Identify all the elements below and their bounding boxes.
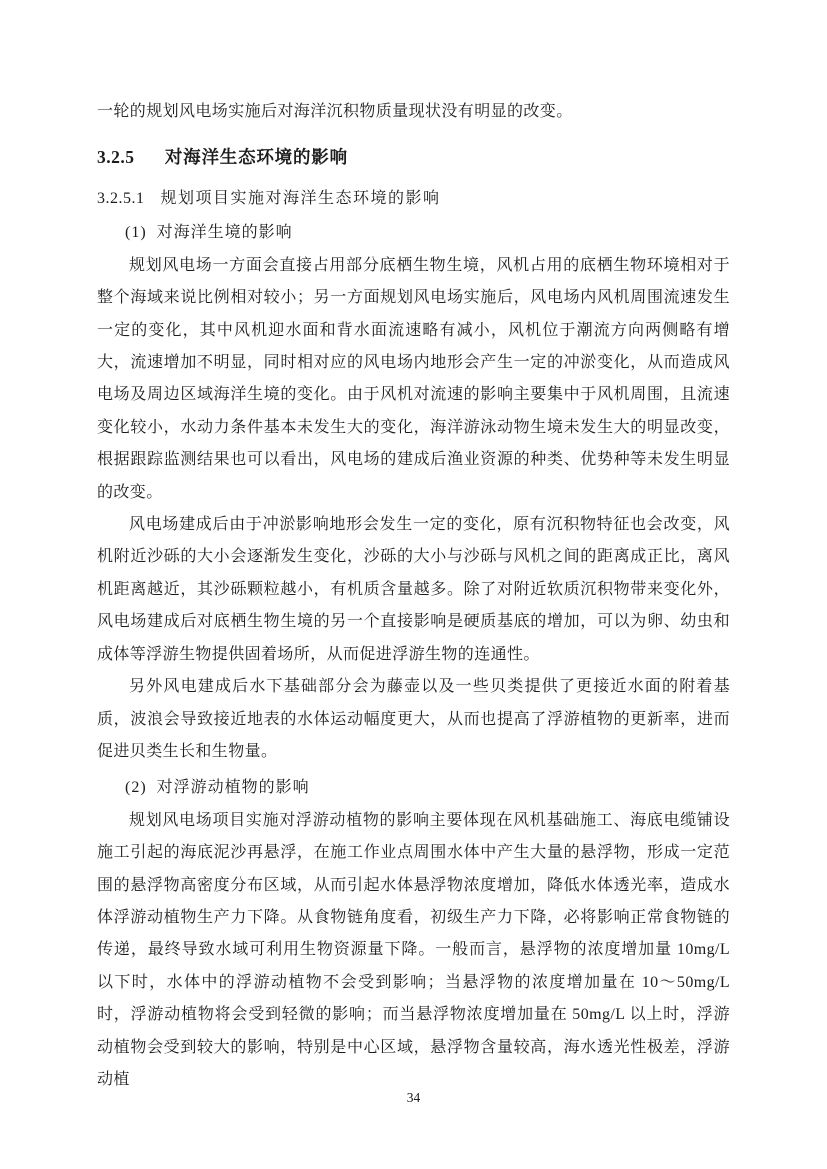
paragraph-4: 规划风电场项目实施对浮游动植物的影响主要体现在风机基础施工、海底电缆铺设施工引起… <box>97 805 730 1097</box>
page-number: 34 <box>407 1090 421 1106</box>
document-page: 一轮的规划风电场实施后对海洋沉积物质量现状没有明显的改变。 3.2.5 对海洋生… <box>0 0 827 1169</box>
paragraph-3: 另外风电建成后水下基础部分会为藤壶以及一些贝类提供了更接近水面的附着基质，波浪会… <box>97 671 730 768</box>
section-title: 对海洋生态环境的影响 <box>165 147 348 167</box>
section-number: 3.2.5 <box>97 147 135 167</box>
paragraph-continuation: 一轮的规划风电场实施后对海洋沉积物质量现状没有明显的改变。 <box>97 96 730 128</box>
list-item-2-label: (2) <box>125 779 147 796</box>
paragraph-1: 规划风电场一方面会直接占用部分底栖生物生境，风机占用的底栖生物环境相对于整个海域… <box>97 250 730 509</box>
list-item-2-title: 对浮游动植物的影响 <box>157 779 310 796</box>
list-item-1: (1)对海洋生境的影响 <box>97 217 730 249</box>
list-item-1-title: 对海洋生境的影响 <box>157 224 293 241</box>
paragraph-2: 风电场建成后由于冲淤影响地形会发生一定的变化，原有沉积物特征也会改变，风机附近沙… <box>97 509 730 671</box>
subsection-heading: 3.2.5.1 规划项目实施对海洋生态环境的影响 <box>97 185 730 213</box>
list-item-1-label: (1) <box>125 224 147 241</box>
section-heading: 3.2.5 对海洋生态环境的影响 <box>97 142 730 172</box>
subsection-title: 规划项目实施对海洋生态环境的影响 <box>161 190 441 207</box>
page-content: 一轮的规划风电场实施后对海洋沉积物质量现状没有明显的改变。 3.2.5 对海洋生… <box>97 96 730 1096</box>
page-footer: 34 <box>0 1089 827 1169</box>
subsection-number: 3.2.5.1 <box>97 190 145 207</box>
list-item-2: (2)对浮游动植物的影响 <box>97 772 730 804</box>
